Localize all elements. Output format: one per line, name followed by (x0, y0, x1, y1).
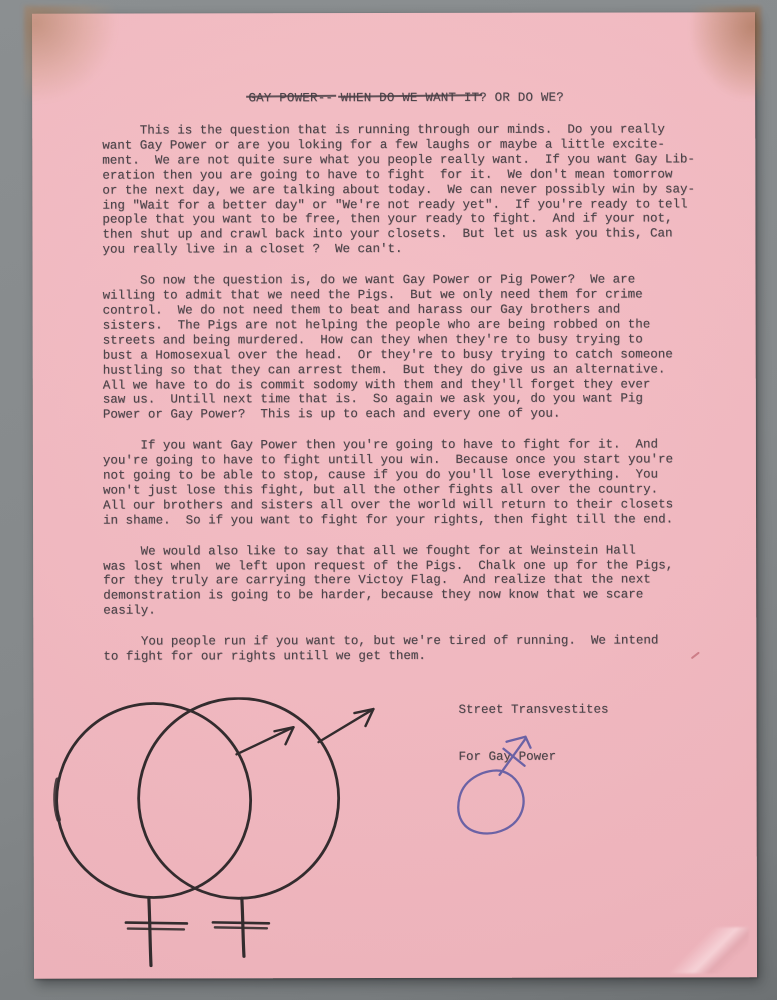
paragraph-3: If you want Gay Power then you're going … (103, 438, 711, 529)
blue-pen-doodle-svg (451, 733, 571, 853)
gender-symbols-drawing (48, 697, 394, 973)
paper-fold-bottom-right (659, 927, 749, 973)
paragraph-5: You people run if you want to, but we're… (103, 634, 711, 665)
title-rest: ? OR DO WE? (479, 91, 564, 105)
right-female-cross-bar-1 (213, 922, 269, 923)
left-female-cross-bar-2 (128, 928, 184, 929)
photo-backdrop: GAY POWER--WHEN DO WE WANT IT? OR DO WE?… (0, 0, 777, 1000)
left-female-cross-bar-1 (126, 922, 187, 923)
paper-stain-top-right (691, 6, 761, 98)
title-struck-segment-2: WHEN DO WE WANT IT (341, 91, 480, 105)
right-female-cross-bar-2 (215, 927, 267, 928)
right-circle (138, 698, 338, 898)
left-female-cross-stem (149, 898, 151, 966)
typed-text-column: GAY POWER--WHEN DO WE WANT IT? OR DO WE?… (102, 90, 711, 680)
gender-symbols-svg (48, 697, 394, 973)
inner-male-arrow-shaft (236, 727, 293, 754)
doodle-circle (458, 770, 523, 833)
paper-stain-top-left (24, 6, 116, 102)
doodle-arrow-head (507, 737, 531, 748)
paragraph-1: This is the question that is running thr… (102, 122, 710, 257)
paragraph-2: So now the question is, do we want Gay P… (103, 272, 711, 422)
left-circle (56, 703, 250, 897)
paragraph-4: We would also like to say that all we fo… (103, 543, 711, 619)
page-title: GAY POWER--WHEN DO WE WANT IT? OR DO WE? (102, 90, 710, 105)
title-struck-segment-1: GAY POWER-- (248, 91, 333, 105)
left-circle-ink-blotch (55, 780, 58, 820)
blue-pen-doodle (451, 733, 571, 853)
flyer-page: GAY POWER--WHEN DO WE WANT IT? OR DO WE?… (32, 12, 757, 979)
signature-line-1: Street Transvestites (458, 703, 608, 719)
